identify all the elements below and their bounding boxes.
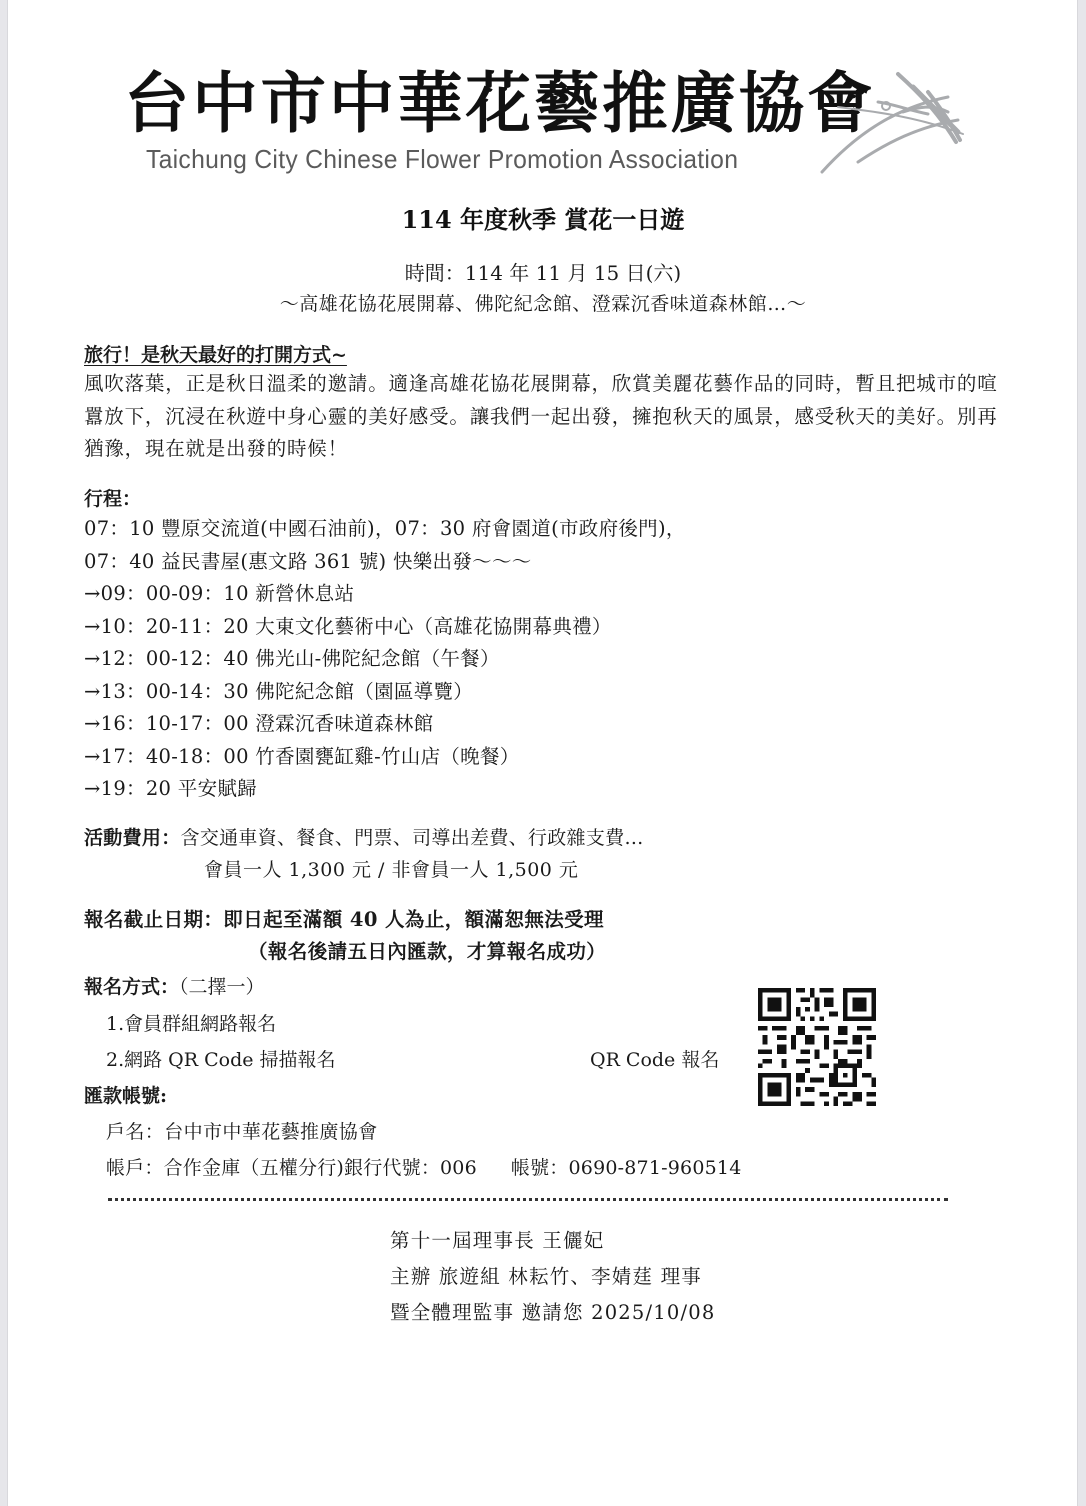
account-name: 戶名：台中市中華花藝推廣協會: [106, 1117, 378, 1144]
signature-invitation-date: 暨全體理監事 邀請您 2025/10/08: [390, 1297, 716, 1325]
itinerary-item: 07：10 豐原交流道(中國石油前)，07：30 府會園道(市政府後門)，: [84, 513, 686, 546]
registration-heading: 報名方式：: [84, 976, 179, 998]
orchid-decoration-icon: [818, 62, 968, 177]
registration-option: 1.會員群組網路報名: [106, 1009, 276, 1036]
dotted-divider: [108, 1198, 948, 1201]
intro-paragraph: 風吹落葉，正是秋日溫柔的邀請。適逢高雄花協花展開幕，欣賞美麗花藝作品的同時，暫且…: [84, 368, 1014, 466]
event-date: 時間：114 年 11 月 15 日(六): [0, 257, 1086, 286]
fee-section: 活動費用：含交通車資、餐食、門票、司導出差費、行政雜支費…: [84, 823, 644, 850]
event-sites: ～高雄花協花展開幕、佛陀紀念館、澄霖沉香味道森林館…～: [0, 289, 1086, 316]
intro-heading: 旅行！是秋天最好的打開方式~: [84, 340, 347, 367]
itinerary-item: →19：20 平安賦歸: [84, 773, 686, 806]
org-name-chinese: 台中市中華花藝推廣協會: [124, 70, 875, 136]
registration-section: 報名方式：（二擇一）: [84, 972, 265, 999]
signature-organizers: 主辦 旅遊組 林耘竹、李婧莛 理事: [390, 1261, 702, 1289]
itinerary-item: →16：10-17：00 澄霖沉香味道森林館: [84, 708, 686, 741]
org-name-english: Taichung City Chinese Flower Promotion A…: [146, 144, 738, 175]
event-title: 114 年度秋季 賞花一日遊: [0, 200, 1086, 235]
fee-prices: 會員一人 1,300 元 / 非會員一人 1,500 元: [204, 855, 578, 882]
fee-includes: 含交通車資、餐食、門票、司導出差費、行政雜支費…: [181, 827, 644, 849]
itinerary-item: →10：20-11：20 大東文化藝術中心（高雄花協開幕典禮）: [84, 611, 686, 644]
deadline-note: （報名後請五日內匯款，才算報名成功）: [248, 936, 606, 964]
qr-code-icon[interactable]: [758, 988, 876, 1106]
signature-chairperson: 第十一屆理事長 王儷妃: [390, 1225, 604, 1253]
deadline-line: 報名截止日期：即日起至滿額 40 人為止，額滿恕無法受理: [84, 904, 604, 932]
itinerary-item: 07：40 益民書屋(惠文路 361 號) 快樂出發～～～: [84, 546, 686, 579]
account-details: 帳戶：合作金庫（五權分行)銀行代號：006帳號：0690-871-960514: [106, 1153, 741, 1180]
itinerary-item: →12：00-12：40 佛光山-佛陀紀念館（午餐）: [84, 643, 686, 676]
itinerary-item: →17：40-18：00 竹香園甕缸雞-竹山店（晚餐）: [84, 741, 686, 774]
registration-option: 2.網路 QR Code 掃描報名: [106, 1045, 336, 1072]
fee-label: 活動費用：: [84, 827, 181, 849]
account-number: 帳號：0690-871-960514: [511, 1157, 742, 1179]
qr-code-label: QR Code 報名: [590, 1045, 719, 1072]
itinerary-list: 07：10 豐原交流道(中國石油前)，07：30 府會園道(市政府後門)， 07…: [84, 513, 686, 806]
bank-info: 帳戶：合作金庫（五權分行)銀行代號：006: [106, 1157, 477, 1179]
itinerary-heading: 行程：: [84, 484, 141, 511]
itinerary-item: →13：00-14：30 佛陀紀念館（園區導覽）: [84, 676, 686, 709]
itinerary-item: →09：00-09：10 新營休息站: [84, 578, 686, 611]
remittance-heading: 匯款帳號:: [84, 1081, 167, 1108]
registration-note: （二擇一）: [179, 976, 265, 998]
